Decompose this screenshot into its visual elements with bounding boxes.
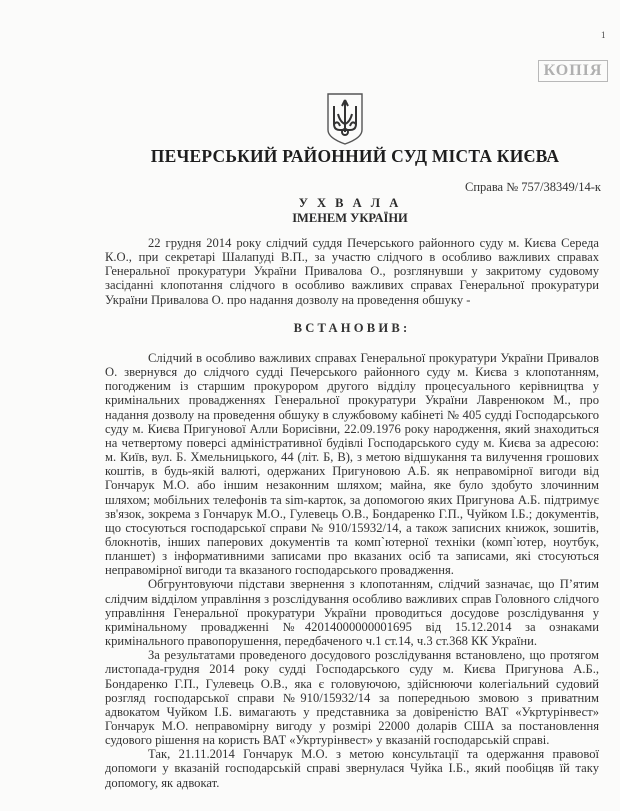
ruling-heading: У Х В А Л А ІМЕНЕМ УКРАЇНИ [0,196,620,226]
body-paragraph: За результатами проведеного досудового р… [105,648,599,747]
coat-of-arms-icon [326,92,364,146]
in-name-of-ukraine: ІМЕНЕМ УКРАЇНИ [80,211,620,226]
case-number: Справа № 757/38349/14-к [465,180,601,195]
body-paragraph: Так, 21.11.2014 Гончарук М.О. з метою ко… [105,747,599,789]
established-heading: ВСТАНОВИВ: [105,321,599,335]
document-type: У Х В А Л А [80,196,620,211]
page-number: 1 [601,30,606,40]
body-paragraph: Слідчий в особливо важливих справах Гене… [105,351,599,578]
document-body: 22 грудня 2014 року слідчий суддя Печерс… [105,236,599,790]
body-paragraph: Обгрунтовуючи підстави звернення з клопо… [105,577,599,648]
intro-paragraph: 22 грудня 2014 року слідчий суддя Печерс… [105,236,599,307]
copy-stamp: КОПІЯ [538,60,608,82]
court-title: ПЕЧЕРСЬКИЙ РАЙОННИЙ СУД МІСТА КИЄВА [0,146,620,167]
